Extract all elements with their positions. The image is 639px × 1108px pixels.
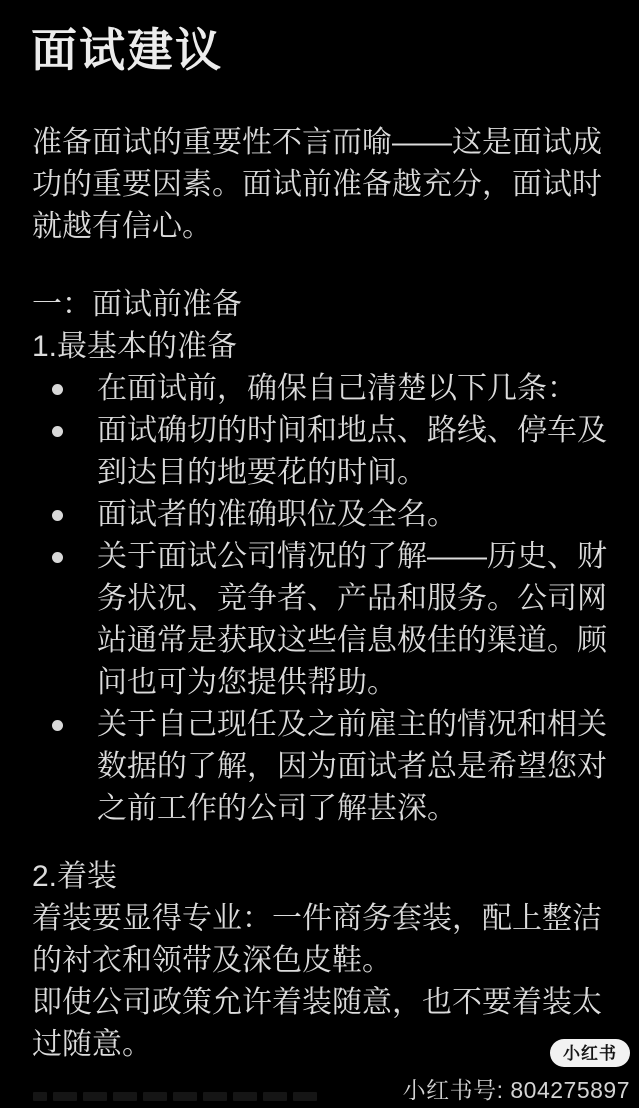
preparation-bullet-list: 在面试前，确保自己清楚以下几条： 面试确切的时间和地点、路线、停车及到达目的地要…: [32, 368, 613, 830]
list-item: 面试者的准确职位及全名。: [32, 494, 613, 536]
bullet-icon: [52, 552, 63, 563]
list-item-text: 面试者的准确职位及全名。: [97, 494, 613, 536]
xiaohongshu-logo-badge: 小红书: [550, 1039, 630, 1067]
section-preparation-subheading: 1.最基本的准备: [32, 326, 613, 368]
section-preparation: 一：面试前准备 1.最基本的准备 在面试前，确保自己清楚以下几条： 面试确切的时…: [0, 284, 639, 830]
dress-paragraph: 着装要显得专业：一件商务套装，配上整洁的衬衣和领带及深色皮鞋。: [32, 898, 613, 982]
bullet-icon: [52, 384, 63, 395]
list-item-text: 关于面试公司情况的了解——历史、财务状况、竞争者、产品和服务。公司网站通常是获取…: [97, 536, 613, 704]
section-dress: 2.着装 着装要显得专业：一件商务套装，配上整洁的衬衣和领带及深色皮鞋。 即使公…: [0, 856, 639, 1066]
account-id-text: 小红书号: 804275897: [403, 1072, 630, 1105]
note-image-page: 面试建议 准备面试的重要性不言而喻——这是面试成功的重要因素。面试前准备越充分，…: [0, 0, 639, 1108]
page-title: 面试建议: [0, 0, 639, 76]
bullet-icon: [52, 510, 63, 521]
list-item-text: 面试确切的时间和地点、路线、停车及到达目的地要花的时间。: [97, 410, 613, 494]
section-preparation-heading: 一：面试前准备: [32, 284, 613, 326]
list-item-text: 在面试前，确保自己清楚以下几条：: [97, 368, 613, 410]
list-item-text: 关于自己现任及之前雇主的情况和相关数据的了解，因为面试者总是希望您对之前工作的公…: [97, 704, 613, 830]
xiaohongshu-logo-text: 小红书: [563, 1044, 617, 1063]
list-item: 关于面试公司情况的了解——历史、财务状况、竞争者、产品和服务。公司网站通常是获取…: [32, 536, 613, 704]
bullet-icon: [52, 426, 63, 437]
clipped-next-line-remnant: [33, 1092, 317, 1101]
list-item: 在面试前，确保自己清楚以下几条：: [32, 368, 613, 410]
xiaohongshu-watermark: 小红书 小红书号: 804275897: [403, 1039, 630, 1105]
list-item: 面试确切的时间和地点、路线、停车及到达目的地要花的时间。: [32, 410, 613, 494]
list-item: 关于自己现任及之前雇主的情况和相关数据的了解，因为面试者总是希望您对之前工作的公…: [32, 704, 613, 830]
intro-paragraph: 准备面试的重要性不言而喻——这是面试成功的重要因素。面试前准备越充分，面试时就越…: [32, 122, 613, 248]
bullet-icon: [52, 720, 63, 731]
section-dress-heading: 2.着装: [32, 856, 613, 898]
